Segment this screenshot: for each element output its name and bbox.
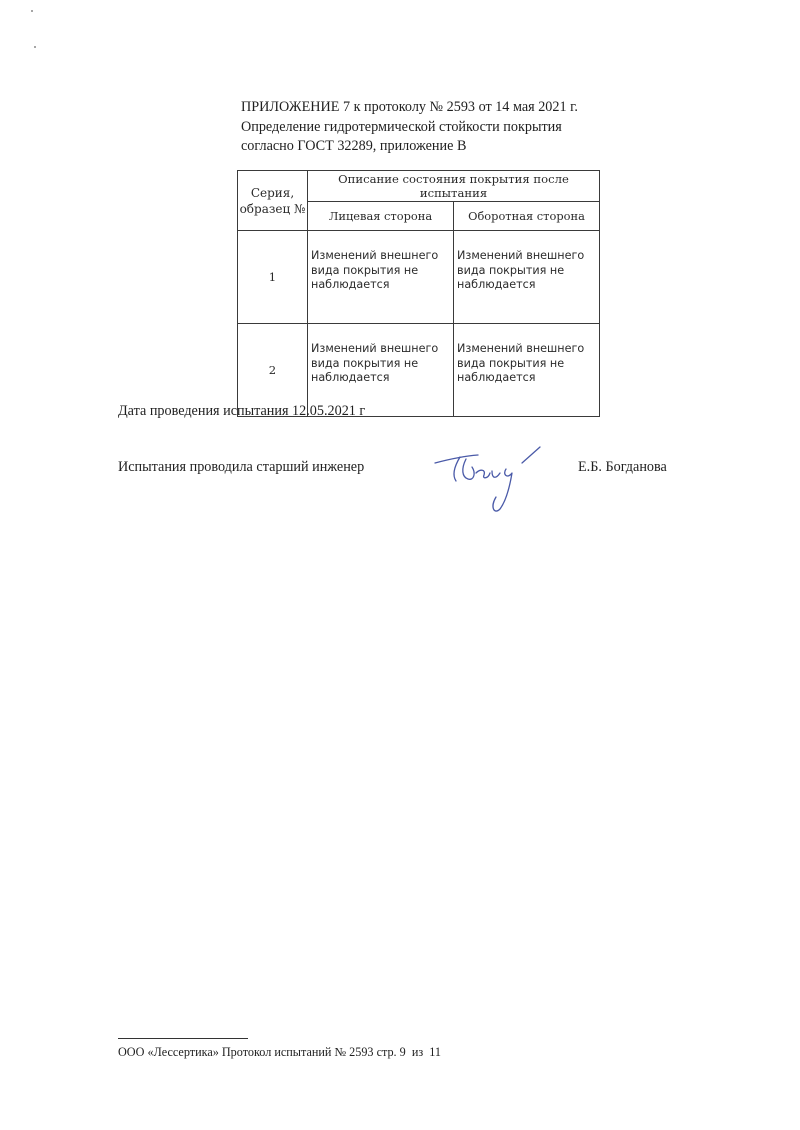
appendix-standard: согласно ГОСТ 32289, приложение В — [241, 137, 578, 157]
col-header-series: Серия, образец № — [238, 171, 308, 231]
test-date: Дата проведения испытания 12.05.2021 г — [118, 403, 365, 420]
scan-speck — [34, 46, 36, 48]
signer-name: Е.Б. Богданова — [578, 459, 667, 476]
col-header-series-line1: Серия, — [251, 186, 294, 200]
signature-icon — [430, 445, 560, 520]
col-header-face: Лицевая сторона — [308, 202, 454, 231]
appendix-header: ПРИЛОЖЕНИЕ 7 к протоколу № 2593 от 14 ма… — [241, 98, 578, 157]
performed-by: Испытания проводила старший инженер — [118, 459, 364, 476]
cell-back: Изменений внешнего вида покрытия не набл… — [454, 231, 600, 324]
page-footer: ООО «Лессертика» Протокол испытаний № 25… — [118, 1045, 441, 1060]
col-header-back: Оборотная сторона — [454, 202, 600, 231]
cell-face: Изменений внешнего вида покрытия не набл… — [308, 231, 454, 324]
table-row: 1 Изменений внешнего вида покрытия не на… — [238, 231, 600, 324]
results-table: Серия, образец № Описание состояния покр… — [237, 170, 600, 417]
scan-speck — [31, 10, 33, 12]
appendix-title: ПРИЛОЖЕНИЕ 7 к протоколу № 2593 от 14 ма… — [241, 98, 578, 118]
col-header-description: Описание состояния покрытия после испыта… — [308, 171, 600, 202]
col-header-series-line2: образец № — [240, 202, 306, 216]
cell-series: 1 — [238, 231, 308, 324]
appendix-subtitle: Определение гидротермической стойкости п… — [241, 118, 578, 138]
cell-back: Изменений внешнего вида покрытия не набл… — [454, 324, 600, 417]
footnote-divider — [118, 1038, 248, 1039]
